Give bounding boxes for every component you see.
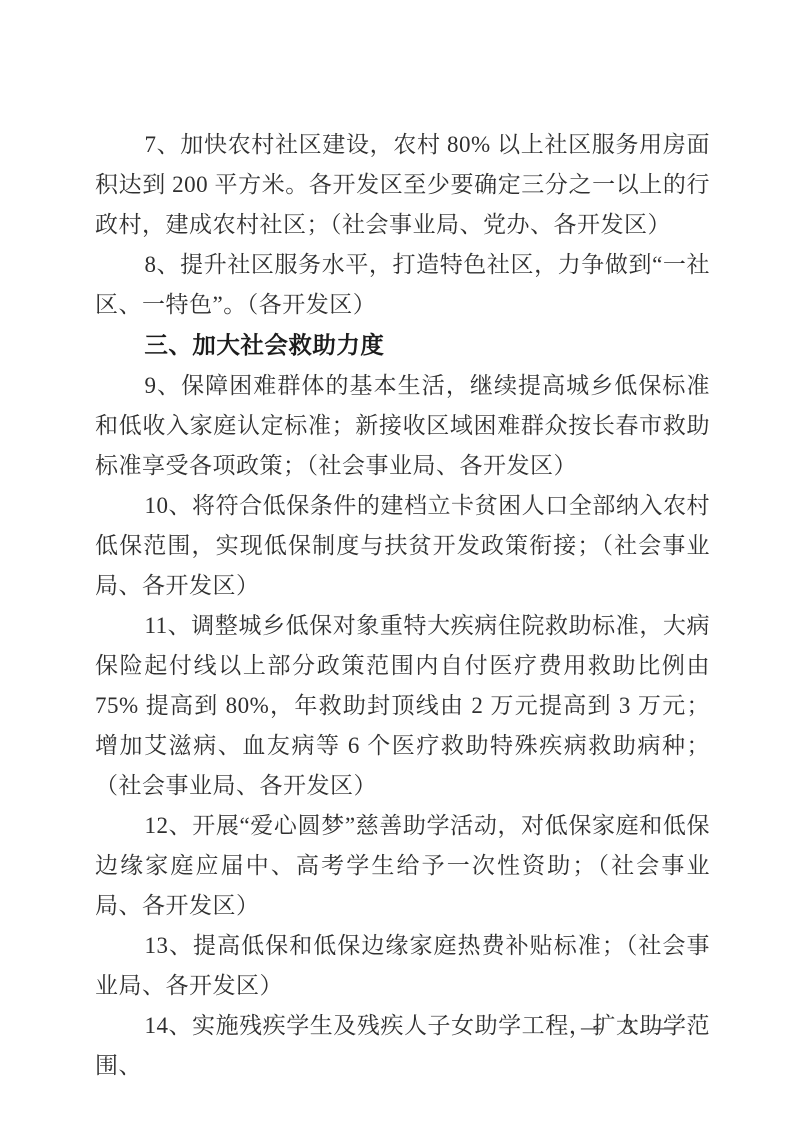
document-body: 7、加快农村社区建设，农村 80% 以上社区服务用房面积达到 200 平方米。各…: [95, 125, 710, 1086]
document-page: 7、加快农村社区建设，农村 80% 以上社区服务用房面积达到 200 平方米。各…: [0, 0, 800, 1131]
paragraph-item-7: 7、加快农村社区建设，农村 80% 以上社区服务用房面积达到 200 平方米。各…: [95, 125, 710, 245]
paragraph-item-11: 11、调整城乡低保对象重特大疾病住院救助标准，大病保险起付线以上部分政策范围内自…: [95, 606, 710, 806]
page-number: — 3 —: [581, 1013, 682, 1041]
paragraph-item-8: 8、提升社区服务水平，打造特色社区，力争做到“一社区、一特色”。（各开发区）: [95, 245, 710, 325]
paragraph-item-9: 9、保障困难群体的基本生活，继续提高城乡低保标准和低收入家庭认定标准；新接收区域…: [95, 366, 710, 486]
section-heading-3: 三、加大社会救助力度: [95, 325, 710, 366]
paragraph-item-10: 10、将符合低保条件的建档立卡贫困人口全部纳入农村低保范围，实现低保制度与扶贫开…: [95, 486, 710, 606]
paragraph-item-13: 13、提高低保和低保边缘家庭热费补贴标准；（社会事业局、各开发区）: [95, 926, 710, 1006]
paragraph-item-12: 12、开展“爱心圆梦”慈善助学活动，对低保家庭和低保边缘家庭应届中、高考学生给予…: [95, 806, 710, 926]
